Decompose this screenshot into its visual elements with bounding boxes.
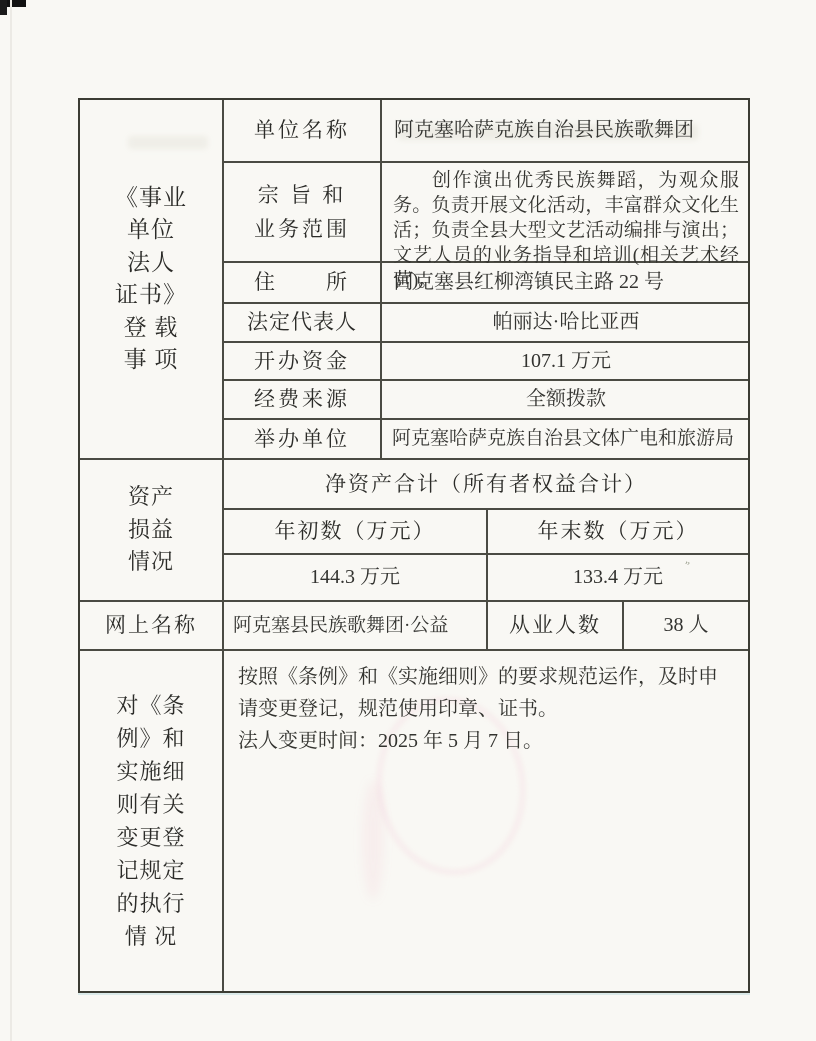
header-line: 法人 xyxy=(127,247,175,280)
asset-header-line: 资产 xyxy=(128,481,174,514)
certificate-section-header: 《事业 单位 法人 证书》 登 载 事 项 xyxy=(80,100,222,458)
compliance-header-line: 例》和 xyxy=(116,722,185,755)
year-start-value: 144.3 万元 xyxy=(224,555,486,600)
compliance-header-line: 则有关 xyxy=(116,788,185,821)
startup-capital-value: 107.1 万元 xyxy=(384,343,748,379)
online-name-value: 阿克塞县民族歌舞团·公益 xyxy=(224,602,486,649)
header-line: 单位 xyxy=(127,214,175,247)
compliance-section-header: 对《条 例》和 实施细 则有关 变更登 记规定 的执行 情 况 xyxy=(80,651,222,991)
asset-section-header: 资产 损益 情况 xyxy=(80,460,222,600)
scanned-report-page: { "document": { "certificate_section": {… xyxy=(0,0,816,1041)
compliance-header-line: 实施细 xyxy=(116,755,185,788)
startup-capital-label: 开办资金 xyxy=(224,343,380,379)
funding-source-value: 全额拨款 xyxy=(384,381,748,418)
compliance-header-line: 记规定 xyxy=(116,854,185,887)
year-end-label: 年末数（万元） xyxy=(488,510,748,553)
funding-source-label: 经费来源 xyxy=(224,381,380,418)
compliance-header-line: 对《条 xyxy=(116,689,185,722)
compliance-header-line: 变更登 xyxy=(116,821,185,854)
header-line: 《事业 xyxy=(115,182,187,215)
unit-name-value: 阿克塞哈萨克族自治县民族歌舞团 xyxy=(384,100,748,161)
compliance-header-line: 的执行 xyxy=(116,887,185,920)
sponsor-unit-label: 举办单位 xyxy=(224,420,380,458)
net-assets-title: 净资产合计（所有者权益合计） xyxy=(224,460,748,508)
mission-label-line2: 业务范围 xyxy=(254,212,350,246)
header-line: 登 载 xyxy=(124,312,179,345)
legal-representative-value: 帕丽达·哈比亚西 xyxy=(384,304,748,341)
compliance-content-cell: 按照《条例》和《实施细则》的要求规范运作，及时申请变更登记，规范使用印章、证书。… xyxy=(224,651,748,991)
year-start-label: 年初数（万元） xyxy=(224,510,486,553)
asset-header-line: 损益 xyxy=(128,514,174,547)
grid-vline-col2 xyxy=(380,100,382,460)
compliance-header-line: 情 况 xyxy=(125,920,178,953)
staff-count-label: 从业人数 xyxy=(488,602,622,649)
legal-representative-label: 法定代表人 xyxy=(224,304,380,341)
online-name-label: 网上名称 xyxy=(80,602,222,649)
mission-scope-label: 宗 旨 和 业务范围 xyxy=(224,163,380,261)
scanner-corner-artifact-2 xyxy=(0,0,7,15)
mission-label-line1: 宗 旨 和 xyxy=(258,178,347,212)
scanner-edge-line xyxy=(10,0,12,1041)
unit-name-label: 单位名称 xyxy=(224,100,380,161)
asset-header-line: 情况 xyxy=(128,546,174,579)
address-label: 住 所 xyxy=(224,263,380,302)
address-value: 阿克塞县红柳湾镇民主路 22 号 xyxy=(384,263,748,302)
legal-change-date-line: 法人变更时间：2025 年 5 月 7 日。 xyxy=(238,725,735,757)
mission-scope-cell: 创作演出优秀民族舞蹈，为观众服务。负责开展文化活动，丰富群众文化生活；负责全县大… xyxy=(384,163,748,261)
header-line: 证书》 xyxy=(115,279,187,312)
header-line: 事 项 xyxy=(124,344,179,377)
registration-table: 《事业 单位 法人 证书》 登 载 事 项 单位名称 阿克塞哈萨克族自治县民族歌… xyxy=(78,98,750,993)
staff-count-value: 38 人 xyxy=(624,602,748,649)
sponsor-unit-value: 阿克塞哈萨克族自治县文体广电和旅游局 xyxy=(384,420,748,458)
year-end-value: 133.4 万元 xyxy=(488,555,748,600)
compliance-paragraph: 按照《条例》和《实施细则》的要求规范运作，及时申请变更登记，规范使用印章、证书。 xyxy=(238,661,735,725)
